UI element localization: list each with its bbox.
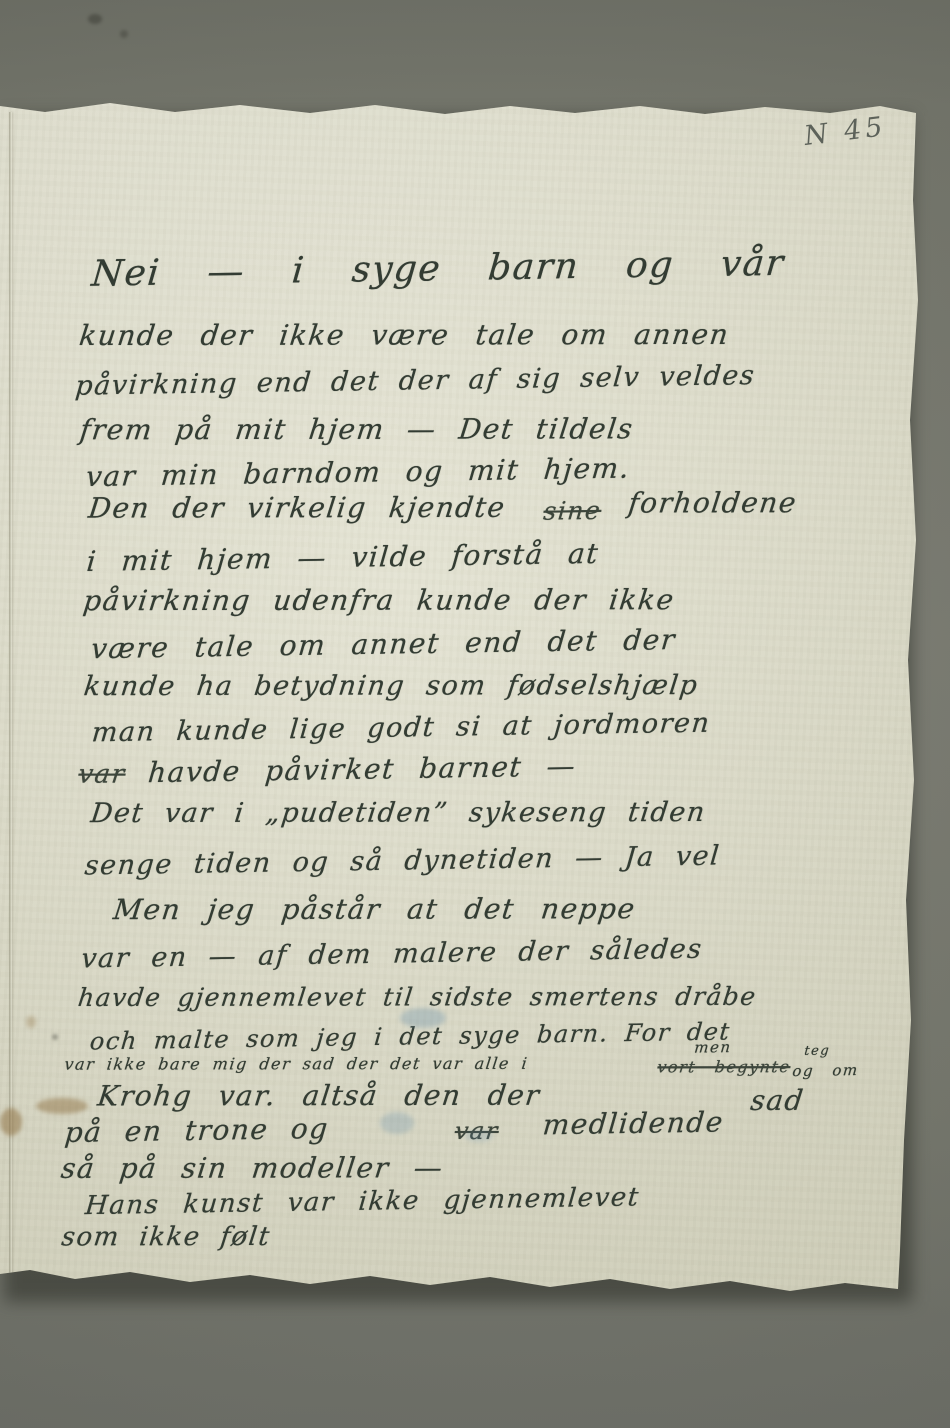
manuscript-line: man kunde lige godt si at jordmoren [90, 708, 711, 749]
manuscript-line: var [453, 1117, 500, 1145]
manuscript-line: senge tiden og så dynetiden — Ja vel [83, 841, 721, 882]
manuscript-line: var [77, 760, 128, 790]
manuscript-line: havde gjennemlevet til sidste smertens d… [76, 982, 758, 1012]
manuscript-line: Hans kunst var ikke gjennemlevet [84, 1182, 641, 1221]
manuscript-line: Krohg var. altså den der [96, 1079, 543, 1113]
photograph-background: N 45 Nei — i syge barn og vårkunde der i… [0, 0, 950, 1428]
dark-stain [88, 14, 102, 24]
manuscript-line: og om [792, 1061, 860, 1080]
manuscript-line: Men jeg påstår at det neppe [112, 892, 638, 926]
manuscript-line: kunde der ikke være tale om annen [78, 318, 732, 352]
manuscript-text: Nei — i syge barn og vårkunde der ikke v… [0, 0, 950, 1428]
manuscript-line: påvirkning udenfra kunde der ikke [81, 583, 676, 617]
manuscript-line: var ikke bare mig der sad der det var al… [63, 1054, 529, 1074]
manuscript-line: forholdene [627, 486, 799, 519]
manuscript-line: var en — af dem malere der således [80, 934, 704, 975]
manuscript-line: Det var i „pudetiden” sykeseng tiden [89, 797, 708, 829]
manuscript-paper: N 45 Nei — i syge barn og vårkunde der i… [0, 0, 950, 1428]
manuscript-line: Nei — i syge barn og vår [90, 243, 787, 295]
manuscript-line: vort begynte [656, 1057, 791, 1076]
manuscript-line: och malte som jeg i det syge barn. For d… [89, 1017, 732, 1055]
dark-stain [120, 30, 128, 38]
manuscript-line: havde påvirket barnet — [147, 749, 578, 789]
manuscript-line: sad [749, 1084, 806, 1117]
manuscript-line: på en trone og [63, 1112, 330, 1149]
manuscript-line: medlidende [541, 1105, 725, 1141]
manuscript-line: var min barndom og mit hjem. [85, 452, 632, 494]
manuscript-line: Den der virkelig kjendte [87, 491, 508, 525]
manuscript-line: påvirkning end det der af sig selv velde… [74, 360, 757, 402]
manuscript-line: kunde ha betydning som fødselshjælp [82, 670, 700, 702]
manuscript-line: som ikke følt [60, 1222, 272, 1252]
manuscript-line: være tale om annet end det der [90, 623, 678, 665]
manuscript-line: i mit hjem — vilde forstå at [85, 537, 600, 578]
manuscript-line: frem på mit hjem — Det tildels [78, 412, 635, 446]
manuscript-line: men [694, 1038, 733, 1057]
manuscript-line: sine [542, 496, 602, 526]
manuscript-line: teg [804, 1043, 831, 1058]
manuscript-line: så på sin modeller — [59, 1151, 445, 1185]
